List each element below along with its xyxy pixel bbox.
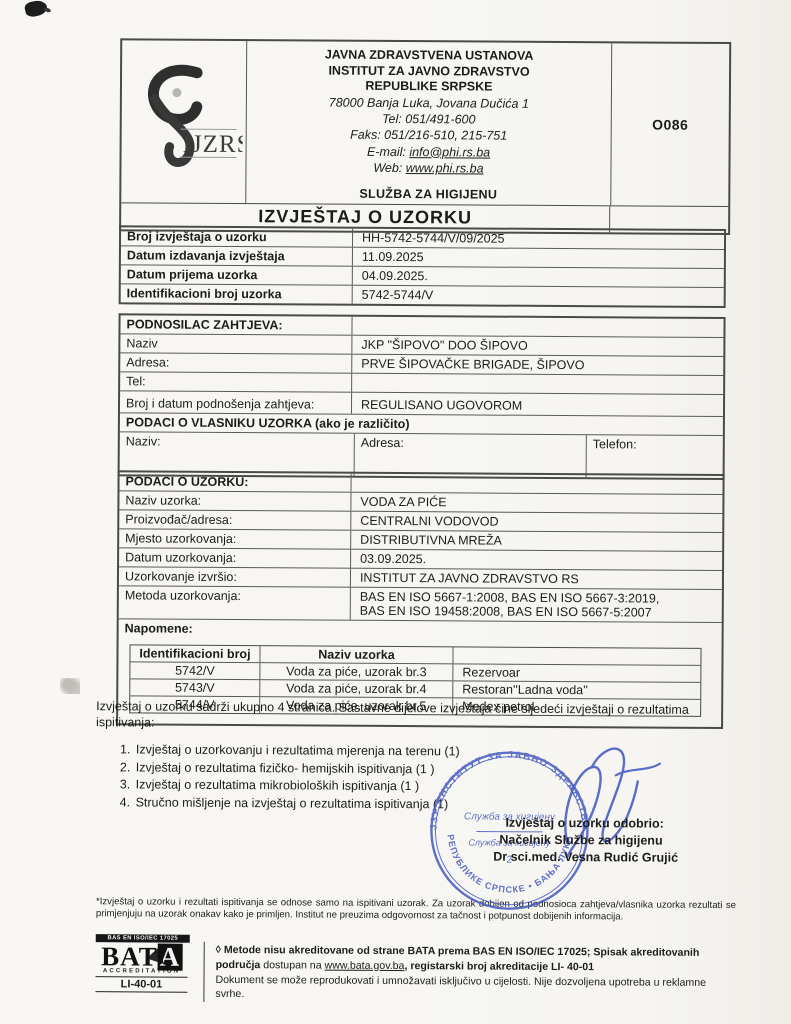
table-row: Identifikacioni broj uzorka 5742-5744/V <box>121 284 724 306</box>
sample-name: Voda za piće, uzorak br.4 <box>260 680 453 697</box>
row-value: 03.09.2025. <box>351 550 722 570</box>
row-label: Naziv <box>120 334 352 353</box>
notes-row: Napomene: <box>119 619 722 643</box>
row-value: 11.09.2025 <box>353 248 724 268</box>
row-value: INSTITUT ZA JAVNO ZDRAVSTVO RS <box>351 569 722 589</box>
owner-telefon-label: Telefon: <box>587 435 723 478</box>
row-label: Datum prijema uzorka <box>121 265 353 284</box>
row-value: BAS EN ISO 5667-1:2008, BAS EN ISO 5667-… <box>351 588 722 622</box>
scanned-report-page: IJZRS JAVNA ZDRAVSTVENA USTANOVA INSTITU… <box>0 0 791 1024</box>
row-label: Adresa: <box>120 353 352 372</box>
email-label: E-mail: <box>367 144 409 158</box>
accreditation-text: ◊ Metode nisu akreditovane od strane BAT… <box>215 943 733 1005</box>
row-value: VODA ZA PIĆE <box>351 493 722 513</box>
sample-name: Voda za piće, uzorak br.3 <box>260 663 453 680</box>
column-header: Identifikacioni broj <box>130 645 260 662</box>
divider <box>203 942 204 1002</box>
report-info-table: Broj izvještaja o uzorku HH-5742-5744/V/… <box>119 225 726 308</box>
row-label: Tel: <box>120 372 352 391</box>
empty-cell <box>351 474 722 494</box>
row-label: Mjesto uzorkovanja: <box>119 529 351 548</box>
row-label: Uzorkovanje izvršio: <box>119 567 351 586</box>
department-name: SLUŽBA ZA HIGIJENU <box>246 186 610 202</box>
row-value: REGULISANO UGOVOROM <box>352 393 723 416</box>
sample-id: 5742/V <box>130 662 260 679</box>
org-web-line: Web: www.phi.rs.ba <box>246 159 610 177</box>
column-header <box>453 647 700 665</box>
accreditation-line1: , registarski broj akreditacije LI- 40-0… <box>404 960 594 973</box>
row-value: JKP "ŠIPOVO" DOO ŠIPOVO <box>352 336 723 356</box>
accreditation-number: LI-40-01 <box>95 976 187 993</box>
row-label: Broj izvještaja o uzorku <box>121 227 353 246</box>
footnote-text: *Izvještaj o uzorku i rezultati ispitiva… <box>96 896 736 925</box>
notes-label: Napomene: <box>119 619 722 643</box>
owner-naziv-label: Naziv: <box>120 432 355 475</box>
row-value: PRVE ŠIPOVAČKE BRIGADE, ŠIPOVO <box>352 355 723 375</box>
approver-name: Dr sci.med. Vesna Rudić Grujić <box>493 848 678 866</box>
approval-block: Izvještaj o uzorku odobrio: Načelnik Slu… <box>505 815 678 866</box>
row-label: Naziv uzorka: <box>119 491 351 510</box>
row-label: Identifikacioni broj uzorka <box>121 284 353 303</box>
sample-data-table: PODACI O UZORKU: Naziv uzorka: VODA ZA P… <box>116 470 725 729</box>
header-table: IJZRS JAVNA ZDRAVSTVENA USTANOVA INSTITU… <box>119 38 731 235</box>
row-label: Broj i datum podnošenja zahtjeva: <box>120 391 352 413</box>
web-address: www.phi.rs.ba <box>406 161 484 175</box>
owner-adresa-label: Adresa: <box>355 434 587 477</box>
ijzrs-logo-icon: IJZRS <box>124 56 243 187</box>
bata-url: www.bata.gov.ba <box>325 959 405 971</box>
metoda-line: BAS EN ISO 19458:2008, BAS EN ISO 5667-5… <box>360 604 718 620</box>
approver-title: Načelnik Službe za higijenu <box>499 831 678 849</box>
row-value <box>352 374 723 394</box>
row-value: 5742-5744/V <box>353 286 724 306</box>
section-title: PODACI O UZORKU: <box>120 472 352 491</box>
summary-paragraph: Izvještaj o uzorku sadrži ukupno 4 stran… <box>96 698 728 734</box>
applicant-table: PODNOSILAC ZAHTJEVA: Naziv JKP "ŠIPOVO" … <box>118 313 726 480</box>
accreditation-line1: dostupan na <box>263 959 324 971</box>
accreditation-line2: Dokument se može reprodukovati i umnožav… <box>215 973 733 1006</box>
approval-line: Izvještaj o uzorku odobrio: <box>505 815 678 833</box>
row-value: CENTRALNI VODOVOD <box>351 512 722 532</box>
row-value: 04.09.2025. <box>353 267 724 287</box>
row-value: DISTRIBUTIVNA MREŽA <box>351 531 722 551</box>
sample-place: Restoran''Ladna voda'' <box>453 681 700 699</box>
svg-text:IJZRS: IJZRS <box>183 131 244 158</box>
web-label: Web: <box>373 161 406 175</box>
bata-logo: BATA ACCREDITATION LI-40-01 <box>95 943 187 993</box>
bata-logo-icon: BATA <box>101 943 182 970</box>
email-address: info@phi.rs.ba <box>409 145 490 159</box>
row-label: Metoda uzorkovanja: <box>119 586 351 619</box>
row-label: Proizvođač/adresa: <box>119 510 351 529</box>
row-value: HH-5742-5744/V/09/2025 <box>353 229 724 249</box>
table-row: Metoda uzorkovanja: BAS EN ISO 5667-1:20… <box>119 586 722 623</box>
sample-id: 5743/V <box>130 679 260 696</box>
row-label: Datum uzorkovanja: <box>119 548 351 567</box>
institute-info: JAVNA ZDRAVSTVENA USTANOVA INSTITUT ZA J… <box>246 41 612 205</box>
sample-place: Rezervoar <box>453 664 700 682</box>
section-title: PODACI O VLASNIKU UZORKA (ako je različi… <box>120 413 723 435</box>
bata-letters: BA <box>101 941 139 971</box>
empty-cell <box>352 317 723 337</box>
institute-logo: IJZRS <box>121 40 247 203</box>
form-code: O086 <box>611 43 729 206</box>
row-label: Datum izdavanja izvještaja <box>121 246 353 265</box>
column-header: Naziv uzorka <box>260 646 453 663</box>
section-title: PODNOSILAC ZAHTJEVA: <box>120 315 352 334</box>
